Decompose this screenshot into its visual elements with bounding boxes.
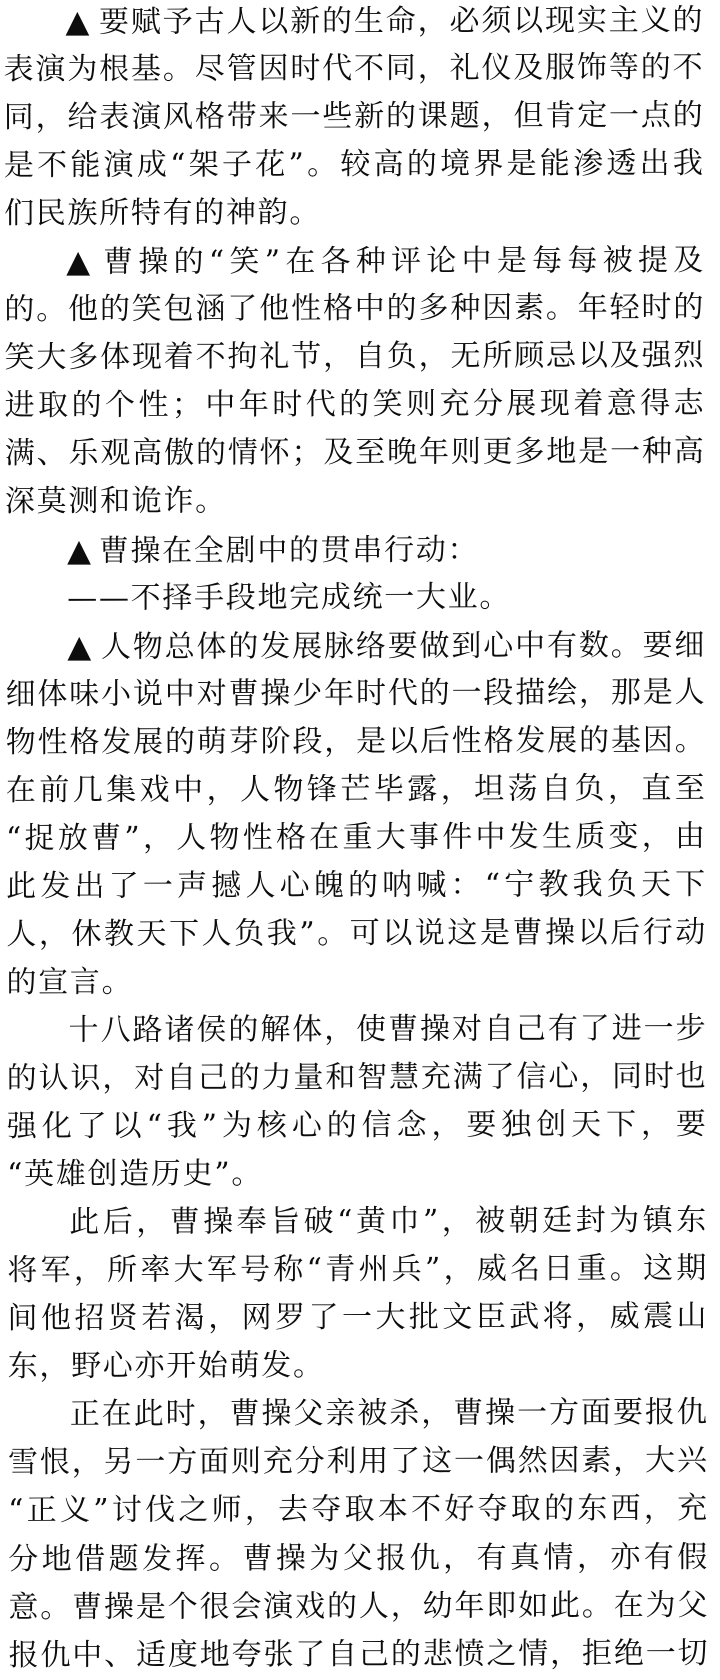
paragraph-5: ▲人物总体的发展脉络要做到心中有数。要细 细体味小说中对曹操少年时代的一段描绘，… xyxy=(5,620,705,1007)
paragraph-6: 十八路诸侯的解体，使曹操对自己有了进一步 的认识，对自己的力量和智慧充满了信心，… xyxy=(7,1004,707,1198)
text-line: 是不能演成“架子花”。较高的境界是能渗透出我 xyxy=(4,140,703,190)
text-line: 的。他的笑包涵了他性格中的多种因素。年轻时的 xyxy=(4,284,703,334)
triangle-bullet-icon: ▲ xyxy=(66,238,98,286)
text-line: “英雄创造历史”。 xyxy=(7,1149,706,1199)
paragraph-2: ▲曹操的“笑”在各种评论中是每每被提及 的。他的笑包涵了他性格中的多种因素。年轻… xyxy=(4,236,704,526)
text-line: ——不择手段地完成统一大业。 xyxy=(5,572,704,622)
text-line: ▲曹操的“笑”在各种评论中是每每被提及 xyxy=(4,236,703,286)
text-line: 意。曹操是个很会演戏的人，幼年即如此。在为父 xyxy=(8,1581,707,1631)
text-line: 笑大多体现着不拘礼节，自负，无所顾忌以及强烈 xyxy=(4,332,703,382)
text-line: ▲要赋予古人以新的生命，必须以现实主义的 xyxy=(3,0,702,46)
text-line: 正在此时，曹操父亲被杀，曹操一方面要报仇 xyxy=(8,1389,707,1439)
text-line: “正义”讨伐之师，去夺取本不好夺取的东西，充 xyxy=(8,1485,707,1535)
text-line: 在前几集戏中，人物锋芒毕露，坦荡自负，直至 xyxy=(6,764,705,814)
text-line: 深莫测和诡诈。 xyxy=(5,476,704,526)
line-text: 要赋予古人以新的生命，必须以现实主义的 xyxy=(97,2,702,39)
text-line: 的认识，对自己的力量和智慧充满了信心，同时也 xyxy=(7,1052,706,1102)
text-line: 物性格发展的萌芽阶段，是以后性格发展的基因。 xyxy=(6,716,705,766)
paragraph-7: 此后，曹操奉旨破“黄巾”，被朝廷封为镇东 将军，所率大军号称“青州兵”，威名日重… xyxy=(7,1197,707,1391)
paragraph-8: 正在此时，曹操父亲被杀，曹操一方面要报仇 雪恨，另一方面则充分利用了这一偶然因素… xyxy=(8,1389,708,1679)
text-line: “捉放曹”，人物性格在重大事件中发生质变，由 xyxy=(6,812,705,862)
text-line: 雪恨，另一方面则充分利用了这一偶然因素，大兴 xyxy=(8,1437,707,1487)
triangle-bullet-icon: ▲ xyxy=(65,0,97,45)
text-line: 分地借题发挥。曹操为父报仇，有真情，亦有假 xyxy=(8,1533,707,1583)
document-page: ▲要赋予古人以新的生命，必须以现实主义的 表演为根基。尽管因时代不同，礼仪及服饰… xyxy=(3,0,707,1679)
text-line: 满、乐观高傲的情怀；及至晚年则更多地是一种高 xyxy=(5,428,704,478)
text-line: 进取的个性；中年时代的笑则充分展现着意得志 xyxy=(5,380,704,430)
text-line: 同，给表演风格带来一些新的课题，但肯定一点的 xyxy=(4,91,703,141)
paragraph-4: ——不择手段地完成统一大业。 xyxy=(5,572,704,622)
text-line: ▲曹操在全剧中的贯串行动： xyxy=(5,524,704,574)
line-text: 曹操的“笑”在各种评论中是每每被提及 xyxy=(98,243,703,280)
triangle-bullet-icon: ▲ xyxy=(67,622,99,670)
paragraph-3: ▲曹操在全剧中的贯串行动： xyxy=(5,524,704,574)
text-line: 间他招贤若渴，网罗了一大批文臣武将，威震山 xyxy=(7,1293,706,1343)
text-line: 报仇中、适度地夸张了自己的悲愤之情，拒绝一切 xyxy=(8,1629,707,1679)
text-line: 的宣言。 xyxy=(6,956,705,1006)
text-line: 们民族所特有的神韵。 xyxy=(4,188,703,238)
line-text: 曹操在全剧中的贯串行动： xyxy=(99,532,480,568)
text-line: 将军，所率大军号称“青州兵”，威名日重。这期 xyxy=(7,1245,706,1295)
text-line: 此发出了一声撼人心魄的呐喊：“宁教我负天下 xyxy=(6,860,705,910)
line-text: 人物总体的发展脉络要做到心中有数。要细 xyxy=(99,627,704,664)
text-line: 强化了以“我”为核心的信念，要独创天下，要 xyxy=(7,1100,706,1150)
text-line: 细体味小说中对曹操少年时代的一段描绘，那是人 xyxy=(5,668,704,718)
paragraph-1: ▲要赋予古人以新的生命，必须以现实主义的 表演为根基。尽管因时代不同，礼仪及服饰… xyxy=(3,0,703,238)
text-line: 十八路诸侯的解体，使曹操对自己有了进一步 xyxy=(7,1004,706,1054)
text-line: 人，休教天下人负我”。可以说这是曹操以后行动 xyxy=(6,908,705,958)
text-line: ▲人物总体的发展脉络要做到心中有数。要细 xyxy=(5,620,704,670)
text-line: 东，野心亦开始萌发。 xyxy=(8,1341,707,1391)
triangle-bullet-icon: ▲ xyxy=(67,526,99,574)
text-line: 表演为根基。尽管因时代不同，礼仪及服饰等的不 xyxy=(4,43,703,93)
text-line: 此后，曹操奉旨破“黄巾”，被朝廷封为镇东 xyxy=(7,1197,706,1247)
